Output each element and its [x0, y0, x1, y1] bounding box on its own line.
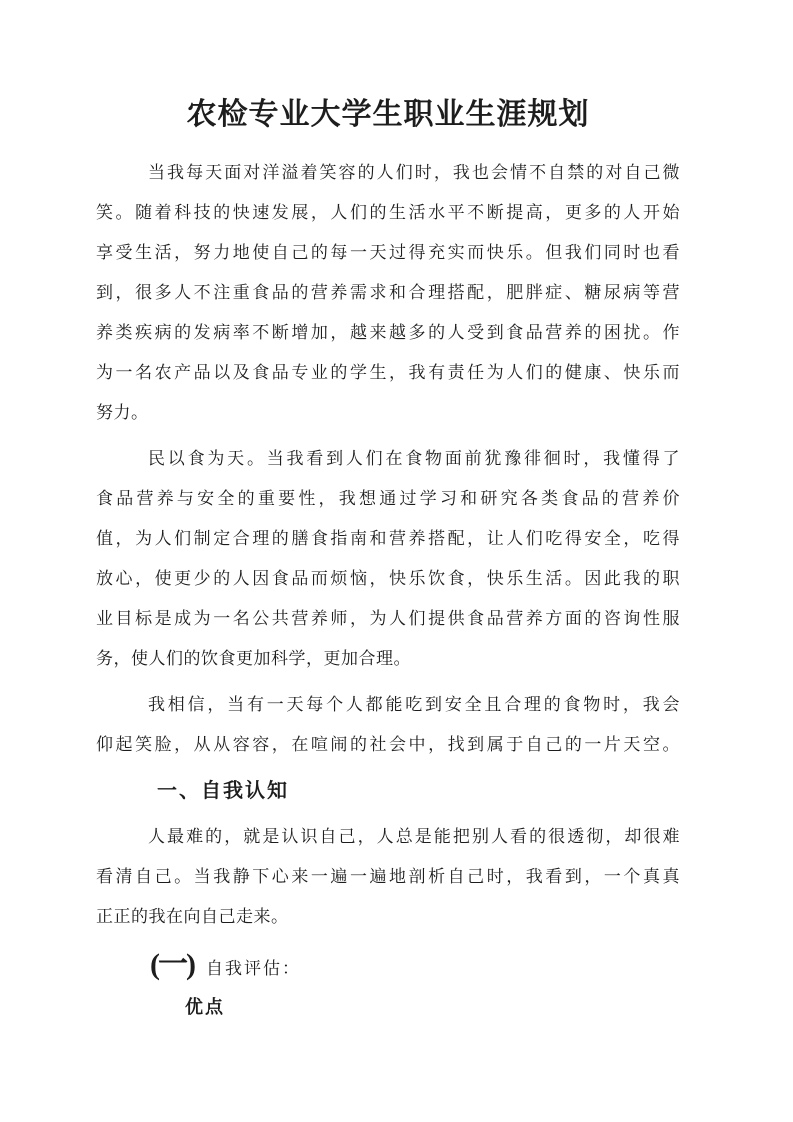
text-line: 人最难的，就是认识自己，人总是能把别人看的很透彻，却很难 [96, 817, 680, 857]
career-goal-paragraph: 民以食为天。当我看到人们在食物面前犹豫徘徊时，我懂得了食品营养与安全的重要性，我… [96, 439, 680, 679]
text-line: 食品营养与安全的重要性，我想通过学习和研究各类食品的营养价 [96, 479, 680, 519]
text-line: 仰起笑脸，从从容容，在喧闹的社会中，找到属于自己的一片天空。 [96, 725, 680, 765]
text-line: 享受生活，努力地使自己的每一天过得充实而快乐。但我们同时也看 [96, 233, 680, 273]
text-line: 我相信，当有一天每个人都能吃到安全且合理的食物时，我会 [96, 685, 680, 725]
belief-paragraph: 我相信，当有一天每个人都能吃到安全且合理的食物时，我会仰起笑脸，从从容容，在喧闹… [96, 685, 680, 765]
text-line: 到，很多人不注重食品的营养需求和合理搭配，肥胖症、糖尿病等营 [96, 273, 680, 313]
text-line: 看清自己。当我静下心来一遍一遍地剖析自己时，我看到，一个真真 [96, 857, 680, 897]
section-heading-self-awareness: 一、自我认知 [157, 771, 680, 811]
document-content: 农检专业大学生职业生涯规划 当我每天面对洋溢着笑容的人们时，我也会情不自禁的对自… [96, 0, 680, 1027]
text-line: 努力。 [96, 393, 680, 433]
advantages-label: 优点 [185, 987, 680, 1027]
text-line: 正正的我在向自己走来。 [96, 897, 680, 937]
subsection-self-evaluation-text: 自我评估： [206, 959, 301, 978]
intro-paragraph: 当我每天面对洋溢着笑容的人们时，我也会情不自禁的对自己微笑。随着科技的快速发展，… [96, 153, 680, 433]
text-line: 笑。随着科技的快速发展，人们的生活水平不断提高，更多的人开始 [96, 193, 680, 233]
text-line: 民以食为天。当我看到人们在食物面前犹豫徘徊时，我懂得了 [96, 439, 680, 479]
subsection-self-evaluation: (一)自我评估： [150, 943, 680, 987]
subsection-self-evaluation-prefix: (一) [150, 948, 194, 981]
text-line: 业目标是成为一名公共营养师，为人们提供食品营养方面的咨询性服 [96, 599, 680, 639]
text-line: 当我每天面对洋溢着笑容的人们时，我也会情不自禁的对自己微 [96, 153, 680, 193]
document-body: 当我每天面对洋溢着笑容的人们时，我也会情不自禁的对自己微笑。随着科技的快速发展，… [96, 153, 680, 1027]
text-line: 养类疾病的发病率不断增加，越来越多的人受到食品营养的困扰。作 [96, 313, 680, 353]
text-line: 放心，使更少的人因食品而烦恼，快乐饮食，快乐生活。因此我的职 [96, 559, 680, 599]
text-line: 为一名农产品以及食品专业的学生，我有责任为人们的健康、快乐而 [96, 353, 680, 393]
text-line: 值，为人们制定合理的膳食指南和营养搭配，让人们吃得安全，吃得 [96, 519, 680, 559]
self-awareness-paragraph: 人最难的，就是认识自己，人总是能把别人看的很透彻，却很难看清自己。当我静下心来一… [96, 817, 680, 937]
text-line: 务，使人们的饮食更加科学，更加合理。 [96, 639, 680, 679]
document-page: 农检专业大学生职业生涯规划 当我每天面对洋溢着笑容的人们时，我也会情不自禁的对自… [0, 0, 793, 1122]
document-title: 农检专业大学生职业生涯规划 [96, 95, 680, 135]
